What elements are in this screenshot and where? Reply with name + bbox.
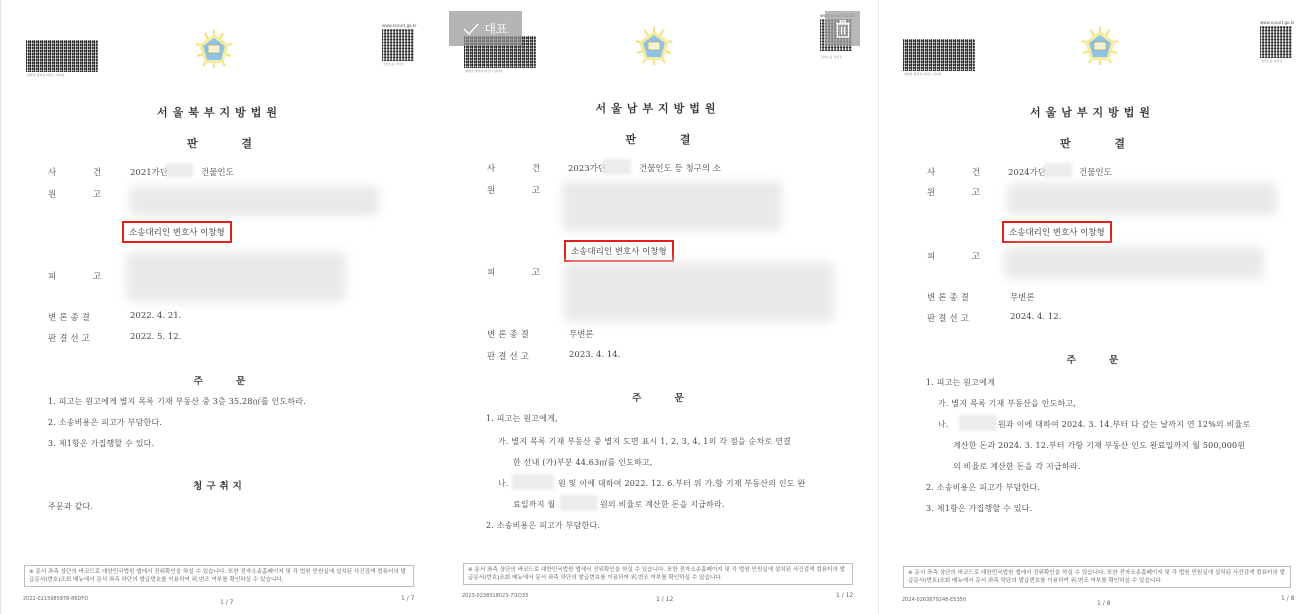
order-line: 가. 별지 목록 기재 부동산 중 별지 도면 표시 1, 2, 3, 4, 1…: [498, 436, 791, 447]
order-line: 료일까지 월: [513, 499, 555, 510]
defendant-label: 피 고: [487, 266, 557, 278]
judgment-document-1[interactable]: 위변조 방지용 바코드 입니다 www.scourt.go.kr 전자소송 사이…: [0, 0, 438, 614]
qr-caption: 전자소송 사이트: [383, 62, 404, 66]
redacted-monthly-amount: [560, 495, 598, 511]
court-name: 서울북부지방법원: [1, 104, 438, 120]
representative-label: 대표: [484, 20, 507, 37]
order-line: 나.: [498, 478, 509, 489]
court-emblem-icon: [194, 29, 234, 69]
claim-text: 주문과 같다.: [48, 501, 93, 512]
order-line: 가. 별지 목록 기재 부동산을 인도하고,: [938, 398, 1076, 409]
trash-icon: [835, 20, 851, 38]
order-line: 3. 제1항은 가집행할 수 있다.: [926, 503, 1032, 514]
hearing-date: 무변론: [569, 328, 594, 340]
order-line: 원 및 이에 대하여 2022. 12. 6.부터 위 가.항 기재 부동산의 …: [558, 478, 805, 489]
barcode-caption: 위변조 방지용 바코드 입니다: [465, 69, 503, 73]
redacted-case-number: [1044, 163, 1072, 177]
qr-caption: 전자소송 사이트: [821, 55, 842, 59]
redacted-amount: [959, 415, 997, 431]
order-title: 주 문: [879, 352, 1306, 366]
order-line: 원의 비율로 계산한 돈을 지급하라.: [600, 499, 725, 510]
judgment-document-2[interactable]: 위변조 방지용 바코드 입니다 www.scourt.go.kr 전자소송 사이…: [440, 0, 876, 614]
plaintiff-label: 원 고: [48, 188, 118, 200]
case-number: 2023가단: [568, 162, 606, 174]
qr-code-image: [1260, 26, 1292, 58]
attorney-highlight: 소송대리인 변호사 이창형: [564, 240, 674, 262]
case-name: 건물인도 등 청구의 소: [639, 162, 721, 174]
case-name: 건물인도: [201, 166, 234, 178]
order-line: 의 비율로 계산한 돈을 각 지급하라.: [953, 461, 1080, 472]
barcode-caption: 위변조 방지용 바코드 입니다: [904, 72, 942, 76]
verification-notice: ※ 문서 좌측 상단의 바코드로 대한민국법원 앱에서 진위확인을 하실 수 있…: [903, 566, 1291, 588]
order-line: 계산한 돈과 2024. 3. 12.부터 가항 기재 부동산 인도 완료일까지…: [953, 440, 1245, 451]
attorney-highlight: 소송대리인 변호사 이창형: [122, 221, 232, 243]
qr-code-image: [382, 29, 414, 61]
case-label: 사 건: [48, 166, 118, 178]
order-line: 2. 소송비용은 피고가 부담한다.: [926, 482, 1040, 493]
attorney-highlight: 소송대리인 변호사 이창형: [1002, 221, 1112, 243]
page-number: 1 / 12: [656, 596, 673, 603]
verdict-label: 판결선고: [48, 332, 93, 344]
document-gallery: 위변조 방지용 바코드 입니다 www.scourt.go.kr 전자소송 사이…: [0, 0, 1306, 614]
hearing-label: 변론종결: [48, 311, 93, 323]
order-line: 1. 피고는 원고에게: [926, 377, 995, 388]
document-title: 판 결: [440, 131, 876, 147]
verdict-label: 판결선고: [927, 312, 972, 324]
order-line: 1. 피고는 원고에게,: [486, 413, 558, 424]
barcode-image: [26, 40, 98, 72]
hearing-label: 변론종결: [487, 328, 532, 340]
order-title: 주 문: [1, 373, 438, 387]
page-number-right: 1 / 8: [1281, 595, 1294, 602]
redacted-case-number: [603, 159, 631, 174]
order-line: 3. 제1항은 가집행할 수 있다.: [48, 438, 154, 449]
verification-notice: ※ 문서 좌측 상단의 바코드로 대한민국법원 앱에서 진위확인을 하실 수 있…: [24, 565, 414, 587]
court-emblem-icon: [634, 26, 674, 66]
verdict-date: 2024. 4. 12.: [1010, 312, 1061, 322]
order-line: 한 선내 (가)부분 44.63㎡를 인도하고,: [513, 457, 653, 468]
qr-caption: 전자소송 사이트: [1261, 59, 1282, 63]
verification-notice: ※ 문서 좌측 상단의 바코드로 대한민국법원 앱에서 진위확인을 하실 수 있…: [463, 563, 853, 585]
issue-number: 2024-0263879248-E5350: [902, 597, 966, 603]
page-number-right: 1 / 7: [401, 595, 414, 602]
defendant-label: 피 고: [48, 270, 118, 282]
verdict-date: 2022. 5. 12.: [130, 332, 181, 342]
plaintiff-label: 원 고: [487, 184, 557, 196]
case-label: 사 건: [487, 162, 557, 174]
redacted-plaintiff: [129, 186, 379, 216]
redacted-plaintiff: [1007, 183, 1277, 215]
defendant-label: 피 고: [927, 250, 997, 262]
page-number: 1 / 8: [1097, 600, 1110, 607]
verdict-label: 판결선고: [487, 350, 532, 362]
order-line: 1. 피고는 원고에게 별지 목록 기재 부동산 중 3층 35.28㎡를 인도…: [48, 396, 306, 407]
barcode-caption: 위변조 방지용 바코드 입니다: [27, 73, 65, 77]
court-emblem-icon: [1080, 26, 1120, 66]
check-icon: [463, 23, 479, 35]
case-number: 2024가단: [1008, 166, 1046, 178]
delete-button[interactable]: [825, 11, 860, 46]
redacted-case-number: [166, 163, 193, 177]
case-number: 2021가단: [130, 166, 168, 178]
court-name: 서울남부지방법원: [440, 100, 876, 116]
document-title: 판 결: [1, 135, 438, 151]
hearing-label: 변론종결: [927, 291, 972, 303]
order-line: 2. 소송비용은 피고가 부담한다.: [48, 417, 162, 428]
redacted-defendant: [564, 262, 834, 322]
case-name: 건물인도: [1079, 166, 1112, 178]
redacted-defendant: [1004, 247, 1264, 279]
order-line: 원과 이에 대하여 2024. 3. 14.부터 다 갚는 날까지 연 12%의…: [998, 419, 1250, 430]
page-number-right: 1 / 12: [836, 592, 853, 599]
barcode-image: [903, 39, 975, 71]
hearing-date: 2022. 4. 21.: [130, 311, 181, 321]
issue-number: 2023-0238318023-7I1D33: [462, 593, 528, 599]
page-number: 1 / 7: [220, 599, 233, 606]
order-line: 2. 소송비용은 피고가 부담한다.: [486, 520, 600, 531]
redacted-defendant: [126, 252, 346, 302]
hearing-date: 무변론: [1010, 291, 1035, 303]
redacted-plaintiff: [562, 181, 782, 231]
document-title: 판 결: [879, 135, 1306, 151]
representative-badge-button[interactable]: 대표: [449, 11, 522, 46]
issue-number: 2022-0215985978-86DFD: [23, 596, 88, 602]
order-line: 나.: [938, 419, 949, 430]
plaintiff-label: 원 고: [927, 186, 997, 198]
court-name: 서울남부지방법원: [879, 104, 1306, 120]
qr-url: www.scourt.go.kr: [1260, 20, 1295, 25]
order-title: 주 문: [440, 390, 876, 404]
qr-url: www.scourt.go.kr: [382, 23, 417, 28]
verdict-date: 2023. 4. 14.: [569, 350, 620, 360]
claim-title: 청구취지: [1, 478, 438, 492]
case-label: 사 건: [927, 166, 997, 178]
judgment-document-3[interactable]: 위변조 방지용 바코드 입니다 www.scourt.go.kr 전자소송 사이…: [878, 0, 1306, 614]
redacted-amount: [512, 474, 554, 490]
